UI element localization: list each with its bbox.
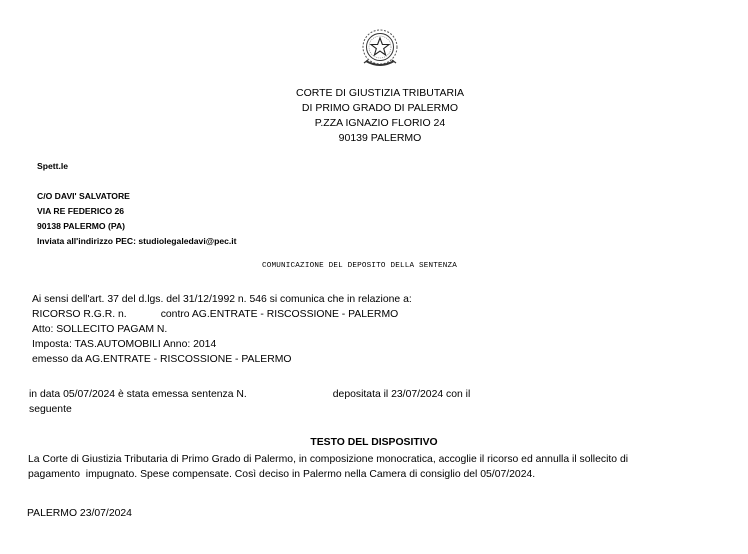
salutation: Spett.le — [37, 159, 237, 174]
ricorso-line: RICORSO R.G.R. n.contro AG.ENTRATE - RIS… — [32, 307, 412, 322]
court-level: DI PRIMO GRADO DI PALERMO — [240, 101, 520, 116]
imposta-line: Imposta: TAS.AUTOMOBILI Anno: 2014 — [32, 337, 412, 352]
court-city: 90139 PALERMO — [240, 131, 520, 146]
recipient-block: Spett.le C/O DAVI' SALVATORE VIA RE FEDE… — [37, 159, 237, 249]
communication-body: Ai sensi dell'art. 37 del d.lgs. del 31/… — [32, 292, 412, 367]
ricorso-against: contro AG.ENTRATE - RISCOSSIONE - PALERM… — [161, 309, 399, 320]
recipient-street: VIA RE FEDERICO 26 — [37, 204, 237, 219]
sentenza-paragraph: in data 05/07/2024 è stata emessa senten… — [29, 387, 470, 417]
dispositivo-line-2: pagamento impugnato. Spese compensate. C… — [28, 467, 628, 482]
dispositivo-text: La Corte di Giustizia Tributaria di Prim… — [28, 452, 628, 482]
recipient-name: C/O DAVI' SALVATORE — [37, 189, 237, 204]
recipient-city: 90138 PALERMO (PA) — [37, 219, 237, 234]
italian-republic-emblem-icon — [358, 27, 402, 71]
intro-text: Ai sensi dell'art. 37 del d.lgs. del 31/… — [32, 292, 412, 307]
court-name: CORTE DI GIUSTIZIA TRIBUTARIA — [240, 86, 520, 101]
court-street: P.ZZA IGNAZIO FLORIO 24 — [240, 116, 520, 131]
dispositivo-line-1: La Corte di Giustizia Tributaria di Prim… — [28, 452, 628, 467]
dispositivo-title: TESTO DEL DISPOSITIVO — [0, 437, 748, 448]
spacer — [37, 174, 237, 189]
ricorso-label: RICORSO R.G.R. n. — [32, 309, 127, 320]
atto-line: Atto: SOLLECITO PAGAM N. — [32, 322, 412, 337]
sentenza-date-text: in data 05/07/2024 è stata emessa senten… — [29, 389, 247, 400]
court-header: CORTE DI GIUSTIZIA TRIBUTARIA DI PRIMO G… — [240, 86, 520, 146]
recipient-pec: Inviata all'indirizzo PEC: studiolegaled… — [37, 234, 237, 249]
sentenza-deposit-text: depositata il 23/07/2024 con il — [333, 389, 471, 400]
sentenza-line: in data 05/07/2024 è stata emessa senten… — [29, 387, 470, 402]
subject-heading: COMUNICAZIONE DEL DEPOSITO DELLA SENTENZ… — [262, 262, 457, 270]
sentenza-continuation: seguente — [29, 402, 470, 417]
place-date: PALERMO 23/07/2024 — [27, 508, 132, 519]
emesso-line: emesso da AG.ENTRATE - RISCOSSIONE - PAL… — [32, 352, 412, 367]
